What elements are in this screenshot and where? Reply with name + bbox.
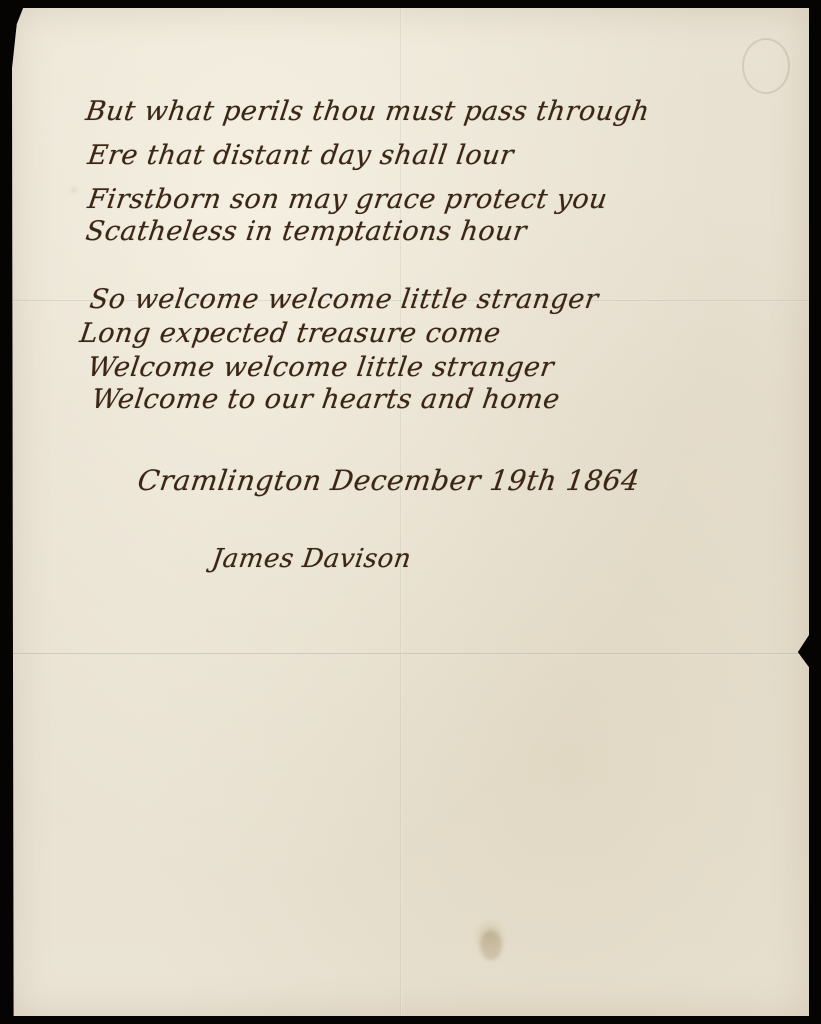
poem-line: Firstborn son may grace protect you	[86, 184, 610, 215]
place-and-date: Cramlington December 19th 1864	[136, 464, 642, 497]
foxing-spot	[72, 188, 76, 192]
poem-line: Scatheless in temptations hour	[84, 216, 529, 247]
poem-line: Ere that distant day shall lour	[86, 140, 516, 171]
faint-stamp-mark	[742, 38, 790, 94]
middle-fold-crease	[12, 653, 809, 655]
poem-line: But what perils thou must pass through	[84, 96, 652, 127]
signature: James Davison	[210, 544, 413, 574]
poem-line: Long expected treasure come	[78, 318, 503, 349]
poem-line: Welcome to our hearts and home	[90, 384, 562, 415]
pin-hole	[809, 640, 815, 646]
water-stain	[480, 930, 502, 960]
poem-line: Welcome welcome little stranger	[86, 352, 556, 383]
poem-line: So welcome welcome little stranger	[88, 284, 601, 315]
